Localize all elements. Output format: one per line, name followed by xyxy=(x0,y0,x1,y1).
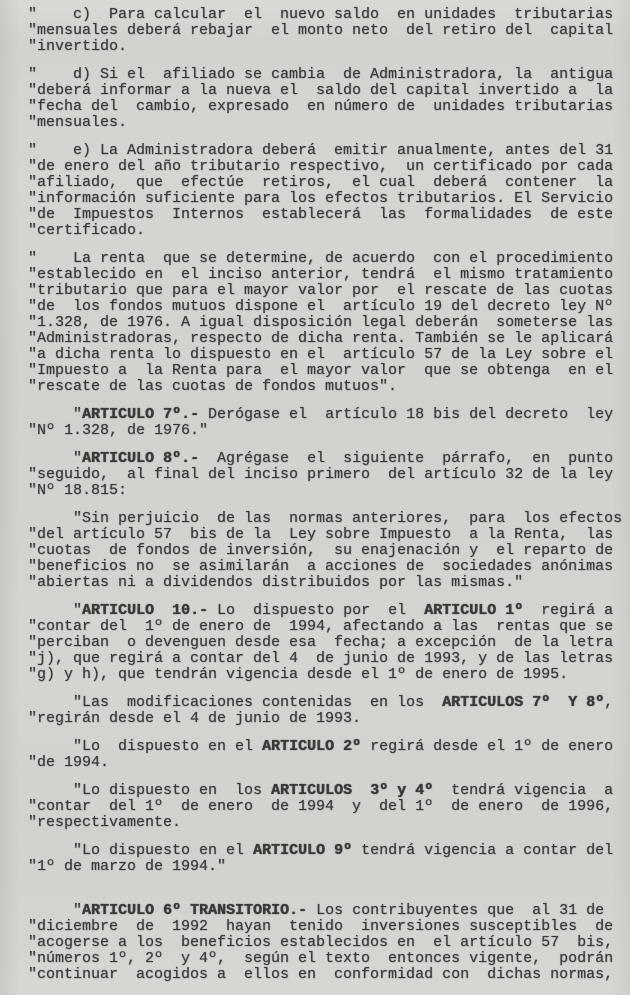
body-text: "1º de marzo de 1994." xyxy=(28,858,226,875)
paragraph: "ARTICULO 7º.- Derógase el artículo 18 b… xyxy=(28,407,630,439)
body-text: Lo dispuesto por el xyxy=(208,602,424,619)
document-line: "a dicha renta lo dispuesto en el artícu… xyxy=(28,347,630,363)
document-line: "abiertas ni a dividendos distribuidos p… xyxy=(28,575,630,591)
document-line: "fecha del cambio, expresado en número d… xyxy=(28,99,630,115)
document-line: "Administradoras, respecto de dicha rent… xyxy=(28,331,630,347)
document-line: " e) La Administradora deberá emitir anu… xyxy=(28,143,630,159)
document-line: "invertido. xyxy=(28,39,630,55)
document-line: "de enero del año tributario respectivo,… xyxy=(28,159,630,175)
body-text: "de los fondos mutuos dispone el artícul… xyxy=(28,298,613,315)
paragraph: " La renta que se determine, de acuerdo … xyxy=(28,251,630,395)
paragraph: " e) La Administradora deberá emitir anu… xyxy=(28,143,630,239)
document-line: "números 1º, 2º y 4º, según el texto ent… xyxy=(28,951,630,967)
document-line: " c) Para calcular el nuevo saldo en uni… xyxy=(28,7,630,23)
body-text: " xyxy=(28,602,82,619)
document-line: "de los fondos mutuos dispone el artícul… xyxy=(28,299,630,315)
document-line: "continuar acogidos a ellos en conformid… xyxy=(28,967,630,983)
body-text: " xyxy=(28,450,82,467)
paragraph: "Lo dispuesto en el ARTICULO 9º tendrá v… xyxy=(28,843,630,875)
document-line: "Lo dispuesto en los ARTICULOS 3º y 4º t… xyxy=(28,783,630,799)
paragraph: "Lo dispuesto en los ARTICULOS 3º y 4º t… xyxy=(28,783,630,831)
body-text: "1.328, de 1976. A igual disposición leg… xyxy=(28,314,613,331)
body-text: "invertido. xyxy=(28,38,127,55)
document-line: "establecido en el inciso anterior, tend… xyxy=(28,267,630,283)
body-text: "afiliado, que efectúe retiros, el cual … xyxy=(28,174,613,191)
document-line: "perciban o devenguen desde esa fecha; a… xyxy=(28,635,630,651)
document-line: "g) y h), que tendrán vigencia desde el … xyxy=(28,667,630,683)
body-text: "establecido en el inciso anterior, tend… xyxy=(28,266,613,283)
document-line: "del artículo 57 bis de la Ley sobre Imp… xyxy=(28,527,630,543)
document-line: "contar del 1º de enero de 1994 y del 1º… xyxy=(28,799,630,815)
document-line: "tributario que para el mayor valor por … xyxy=(28,283,630,299)
document-line: "mensuales deberá rebajar el monto neto … xyxy=(28,23,630,39)
body-text: regirá desde el 1º de enero xyxy=(361,738,613,755)
document-line: "1.328, de 1976. A igual disposición leg… xyxy=(28,315,630,331)
body-text: "Las modificaciones contenidas en los xyxy=(28,694,442,711)
body-text: Los contribuyentes que al 31 de xyxy=(307,902,604,919)
body-text: "contar del 1º de enero de 1994, afectan… xyxy=(28,618,613,635)
document-line: "1º de marzo de 1994." xyxy=(28,859,630,875)
body-text: "regirán desde el 4 de junio de 1993. xyxy=(28,710,361,727)
paragraph: "Sin perjuicio de las normas anteriores,… xyxy=(28,511,630,591)
body-text: "Lo dispuesto en el xyxy=(28,842,253,859)
document-line: "contar del 1º de enero de 1994, afectan… xyxy=(28,619,630,635)
document-line: "respectivamente. xyxy=(28,815,630,831)
body-text: "a dicha renta lo dispuesto en el artícu… xyxy=(28,346,613,363)
document-line: " d) Si el afiliado se cambia de Adminis… xyxy=(28,67,630,83)
body-text: "rescate de las cuotas de fondos mutuos"… xyxy=(28,378,397,395)
body-text: "de Impuestos Internos establecerá las f… xyxy=(28,206,613,223)
body-text: "deberá informar a la nueva el saldo del… xyxy=(28,82,613,99)
document-line: "afiliado, que efectúe retiros, el cual … xyxy=(28,175,630,191)
body-text: "certificado. xyxy=(28,222,145,239)
body-text: Derógase el artículo 18 bis del decreto … xyxy=(199,406,613,423)
body-text: " xyxy=(28,406,82,423)
body-text: "Lo dispuesto en los xyxy=(28,782,271,799)
paragraph: "Las modificaciones contenidas en los AR… xyxy=(28,695,630,727)
body-text: "cuotas de fondos de inversión, su enaje… xyxy=(28,542,613,559)
bold-text: ARTICULOS 3º y 4º xyxy=(271,782,433,799)
document-line: "seguido, al final del inciso primero de… xyxy=(28,467,630,483)
paragraph: "Lo dispuesto en el ARTICULO 2º regirá d… xyxy=(28,739,630,771)
body-text: "abiertas ni a dividendos distribuidos p… xyxy=(28,574,523,591)
paragraph: "ARTICULO 8º.- Agrégase el siguiente pár… xyxy=(28,451,630,499)
body-text: " d) Si el afiliado se cambia de Adminis… xyxy=(28,66,613,83)
document-line: "certificado. xyxy=(28,223,630,239)
document-line: "Nº 18.815: xyxy=(28,483,630,499)
body-text: regirá a xyxy=(523,602,613,619)
document-line: "beneficios no se asimilarán a acciones … xyxy=(28,559,630,575)
body-text: Agrégase el siguiente párrafo, en punto xyxy=(199,450,613,467)
paragraph: " c) Para calcular el nuevo saldo en uni… xyxy=(28,7,630,55)
body-text: "fecha del cambio, expresado en número d… xyxy=(28,98,613,115)
document-line: "ARTICULO 10.- Lo dispuesto por el ARTIC… xyxy=(28,603,630,619)
document-line: "cuotas de fondos de inversión, su enaje… xyxy=(28,543,630,559)
body-text: "Nº 1.328, de 1976." xyxy=(28,422,208,439)
body-text: "Sin perjuicio de las normas anteriores,… xyxy=(28,510,622,527)
document-line: "información suficiente para los efectos… xyxy=(28,191,630,207)
body-text: "Lo dispuesto en el xyxy=(28,738,262,755)
document-line: "rescate de las cuotas de fondos mutuos"… xyxy=(28,379,630,395)
body-text: "tributario que para el mayor valor por … xyxy=(28,282,613,299)
document-line: "ARTICULO 6º TRANSITORIO.- Los contribuy… xyxy=(28,903,630,919)
body-text: "mensuales deberá rebajar el monto neto … xyxy=(28,22,613,39)
document-line: "ARTICULO 7º.- Derógase el artículo 18 b… xyxy=(28,407,630,423)
bold-text: ARTICULO 2º xyxy=(262,738,361,755)
body-text: "acogerse a los beneficios establecidos … xyxy=(28,934,613,951)
body-text: "beneficios no se asimilarán a acciones … xyxy=(28,558,613,575)
body-text: "contar del 1º de enero de 1994 y del 1º… xyxy=(28,798,613,815)
body-text: " La renta que se determine, de acuerdo … xyxy=(28,250,613,267)
document-line: "mensuales. xyxy=(28,115,630,131)
document-line: "regirán desde el 4 de junio de 1993. xyxy=(28,711,630,727)
body-text: "mensuales. xyxy=(28,114,127,131)
bold-text: ARTICULO 6º TRANSITORIO.- xyxy=(82,902,307,919)
document-line: "de 1994. xyxy=(28,755,630,771)
body-text: "información suficiente para los efectos… xyxy=(28,190,613,207)
body-text: "continuar acogidos a ellos en conformid… xyxy=(28,966,613,983)
document-line: "de Impuestos Internos establecerá las f… xyxy=(28,207,630,223)
body-text: "g) y h), que tendrán vigencia desde el … xyxy=(28,666,568,683)
document-line: "Las modificaciones contenidas en los AR… xyxy=(28,695,630,711)
paragraph: "ARTICULO 6º TRANSITORIO.- Los contribuy… xyxy=(28,903,630,983)
body-text: "Impuesto a la Renta para el mayor valor… xyxy=(28,362,613,379)
document-line: "deberá informar a la nueva el saldo del… xyxy=(28,83,630,99)
document-line: "Impuesto a la Renta para el mayor valor… xyxy=(28,363,630,379)
body-text: "Nº 18.815: xyxy=(28,482,127,499)
document-line: "j), que regirá a contar del 4 de junio … xyxy=(28,651,630,667)
body-text: "de 1994. xyxy=(28,754,109,771)
body-text: " xyxy=(28,902,82,919)
bold-text: ARTICULO 10.- xyxy=(82,602,208,619)
body-text: "números 1º, 2º y 4º, según el texto ent… xyxy=(28,950,613,967)
document-line: "Nº 1.328, de 1976." xyxy=(28,423,630,439)
document-page: " c) Para calcular el nuevo saldo en uni… xyxy=(0,0,630,995)
paragraph: " d) Si el afiliado se cambia de Adminis… xyxy=(28,67,630,131)
body-text: "respectivamente. xyxy=(28,814,181,831)
body-text: , xyxy=(604,694,613,711)
body-text: "Administradoras, respecto de dicha rent… xyxy=(28,330,613,347)
document-line: "acogerse a los beneficios establecidos … xyxy=(28,935,630,951)
body-text: "diciembre de 1992 hayan tenido inversio… xyxy=(28,918,613,935)
document-line: "Sin perjuicio de las normas anteriores,… xyxy=(28,511,630,527)
bold-text: ARTICULOS 7º Y 8º xyxy=(442,694,604,711)
body-text: "de enero del año tributario respectivo,… xyxy=(28,158,613,175)
body-text: tendrá vigencia a contar del xyxy=(352,842,613,859)
document-line: "diciembre de 1992 hayan tenido inversio… xyxy=(28,919,630,935)
document-line: " La renta que se determine, de acuerdo … xyxy=(28,251,630,267)
bold-text: ARTICULO 7º.- xyxy=(82,406,199,423)
body-text: " e) La Administradora deberá emitir anu… xyxy=(28,142,613,159)
body-text: "del artículo 57 bis de la Ley sobre Imp… xyxy=(28,526,613,543)
body-text: tendrá vigencia a xyxy=(433,782,613,799)
document-line: "ARTICULO 8º.- Agrégase el siguiente pár… xyxy=(28,451,630,467)
paragraph: "ARTICULO 10.- Lo dispuesto por el ARTIC… xyxy=(28,603,630,683)
bold-text: ARTICULO 1º xyxy=(424,602,523,619)
document-line: "Lo dispuesto en el ARTICULO 9º tendrá v… xyxy=(28,843,630,859)
document-line: "Lo dispuesto en el ARTICULO 2º regirá d… xyxy=(28,739,630,755)
body-text: "seguido, al final del inciso primero de… xyxy=(28,466,613,483)
body-text: " c) Para calcular el nuevo saldo en uni… xyxy=(28,6,613,23)
bold-text: ARTICULO 8º.- xyxy=(82,450,199,467)
body-text: "perciban o devenguen desde esa fecha; a… xyxy=(28,634,613,651)
body-text: "j), que regirá a contar del 4 de junio … xyxy=(28,650,613,667)
bold-text: ARTICULO 9º xyxy=(253,842,352,859)
